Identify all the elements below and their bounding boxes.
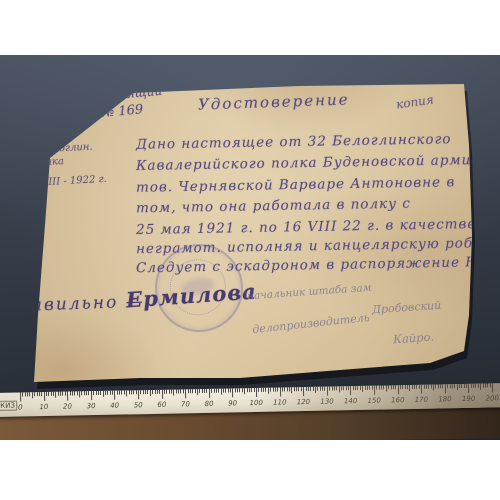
outgoing-label: Исходящий — [88, 84, 163, 104]
body-line: том, что она работала в полку с — [136, 196, 411, 217]
official-role: начальник штаба зам — [247, 282, 372, 303]
official-name: Дробовский — [372, 299, 442, 317]
body-line: Дано настоящее от 32 Белоглинского — [136, 131, 452, 153]
margin-line: полка — [33, 153, 106, 170]
body-line: тов. Чернявской Варваре Антоновне в — [136, 174, 455, 196]
body-line: Кавалерийского полка Буденовской армии — [136, 152, 481, 174]
body-line: 25 мая 1921 г. по 16 VIII 22 г. в качест… — [136, 214, 500, 238]
photo-of-document: Исходящий № 169 Удостоверение копия Штаб… — [0, 55, 500, 440]
outgoing-number: № 169 — [101, 102, 143, 121]
document-title: Удостоверение — [198, 90, 350, 113]
margin-line: 16 VIII - 1922 г. — [25, 173, 107, 190]
official-role: делопроизводитель — [252, 311, 371, 336]
official-name: Кайро. — [393, 330, 435, 347]
certified-correct-label: правильно — — [6, 292, 145, 317]
margin-stamp-note: Штаб 32 Белоглин. полка 16 VIII - 1922 г… — [23, 127, 108, 190]
copy-note: копия — [395, 92, 434, 111]
